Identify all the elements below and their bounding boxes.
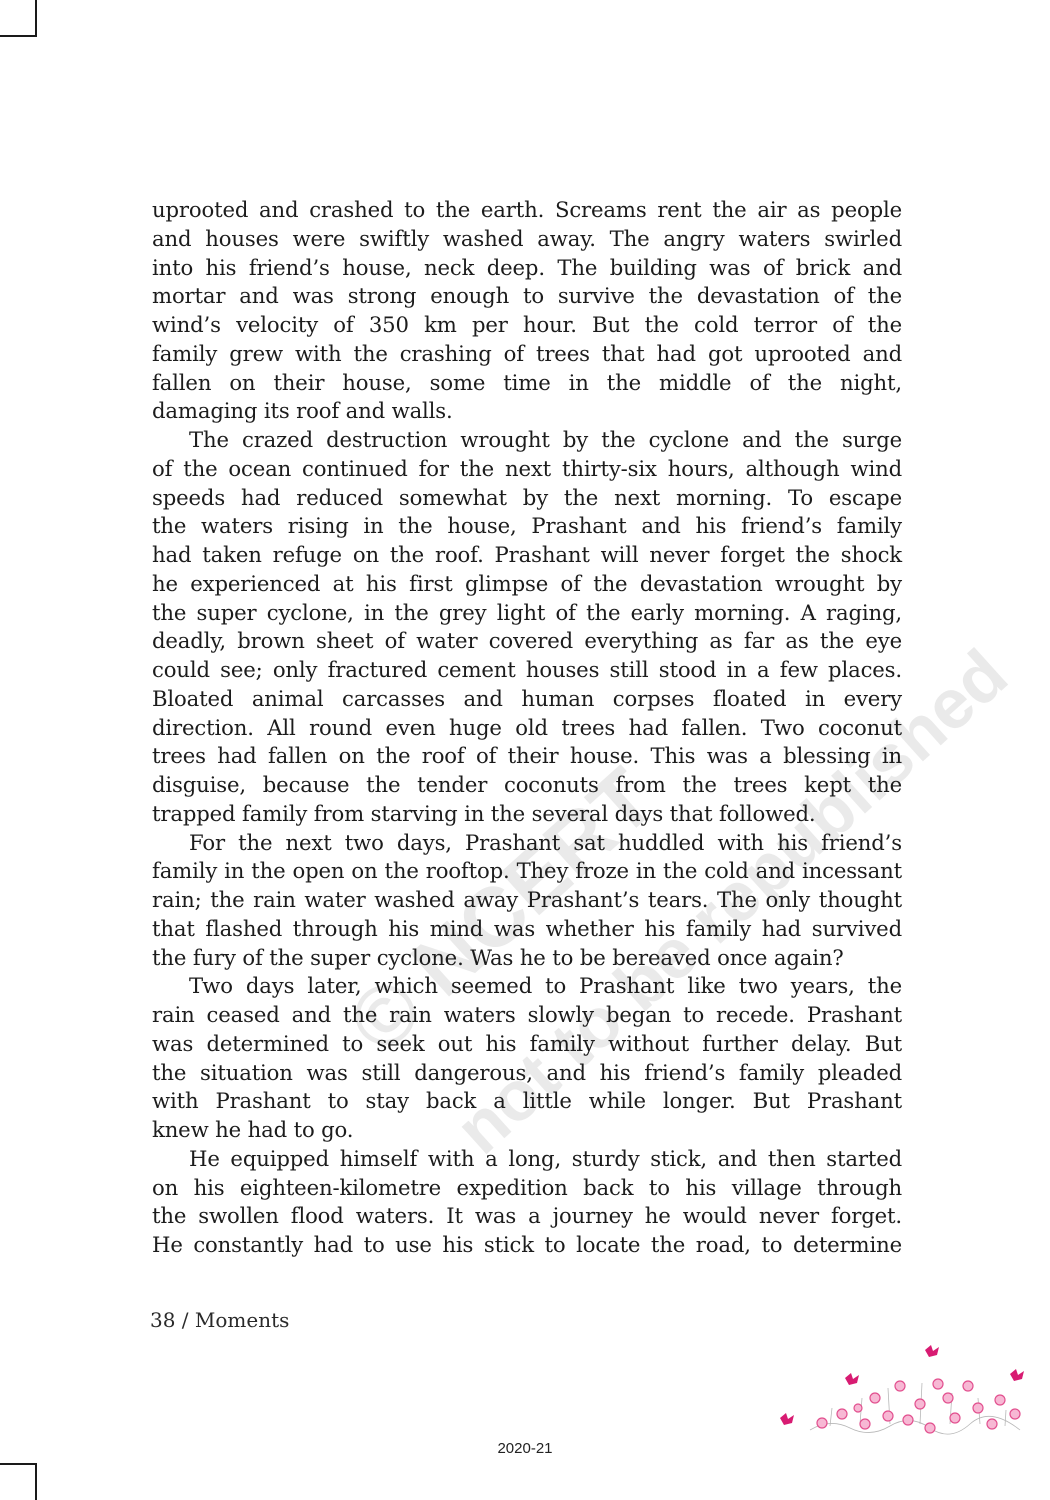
text-line: trapped family from starving in the seve… (152, 800, 902, 829)
body-text: uprooted and crashed to the earth. Screa… (152, 196, 902, 1260)
text-line: Bloated animal carcasses and human corps… (152, 685, 902, 714)
text-line: family in the open on the rooftop. They … (152, 857, 902, 886)
text-line: family grew with the crashing of trees t… (152, 340, 902, 369)
text-line: wind’s velocity of 350 km per hour. But … (152, 311, 902, 340)
text-line: deadly, brown sheet of water covered eve… (152, 627, 902, 656)
text-line: Two days later, which seemed to Prashant… (152, 972, 902, 1001)
text-line: direction. All round even huge old trees… (152, 714, 902, 743)
text-line: the situation was still dangerous, and h… (152, 1059, 902, 1088)
text-line: with Prashant to stay back a little whil… (152, 1087, 902, 1116)
crop-mark-top-left-horizontal (0, 35, 37, 37)
text-line: rain ceased and the rain waters slowly b… (152, 1001, 902, 1030)
crop-mark-top-left-vertical (35, 0, 37, 37)
text-line: He equipped himself with a long, sturdy … (152, 1145, 902, 1174)
crop-mark-bottom-left-vertical (35, 1463, 37, 1500)
text-line: the waters rising in the house, Prashant… (152, 512, 902, 541)
text-line: on his eighteen-kilometre expedition bac… (152, 1174, 902, 1203)
page-number-label: 38 / Moments (150, 1308, 289, 1332)
text-line: mortar and was strong enough to survive … (152, 282, 902, 311)
text-line: He constantly had to use his stick to lo… (152, 1231, 902, 1260)
text-line: was determined to seek out his family wi… (152, 1030, 902, 1059)
text-line: uprooted and crashed to the earth. Screa… (152, 196, 902, 225)
text-line: trees had fallen on the roof of their ho… (152, 742, 902, 771)
text-line: had taken refuge on the roof. Prashant w… (152, 541, 902, 570)
text-line: For the next two days, Prashant sat hudd… (152, 829, 902, 858)
text-line: into his friend’s house, neck deep. The … (152, 254, 902, 283)
text-line: the swollen flood waters. It was a journ… (152, 1202, 902, 1231)
text-line: The crazed destruction wrought by the cy… (152, 426, 902, 455)
text-line: of the ocean continued for the next thir… (152, 455, 902, 484)
text-line: he experienced at his first glimpse of t… (152, 570, 902, 599)
text-line: the super cyclone, in the grey light of … (152, 599, 902, 628)
text-line: knew he had to go. (152, 1116, 902, 1145)
flowers-decoration-icon (770, 1338, 1050, 1443)
text-line: fallen on their house, some time in the … (152, 369, 902, 398)
text-line: and houses were swiftly washed away. The… (152, 225, 902, 254)
text-line: disguise, because the tender coconuts fr… (152, 771, 902, 800)
text-line: the fury of the super cyclone. Was he to… (152, 944, 902, 973)
text-line: damaging its roof and walls. (152, 397, 902, 426)
text-line: rain; the rain water washed away Prashan… (152, 886, 902, 915)
crop-mark-bottom-left-horizontal (0, 1463, 37, 1465)
text-line: could see; only fractured cement houses … (152, 656, 902, 685)
text-line: speeds had reduced somewhat by the next … (152, 484, 902, 513)
text-line: that flashed through his mind was whethe… (152, 915, 902, 944)
